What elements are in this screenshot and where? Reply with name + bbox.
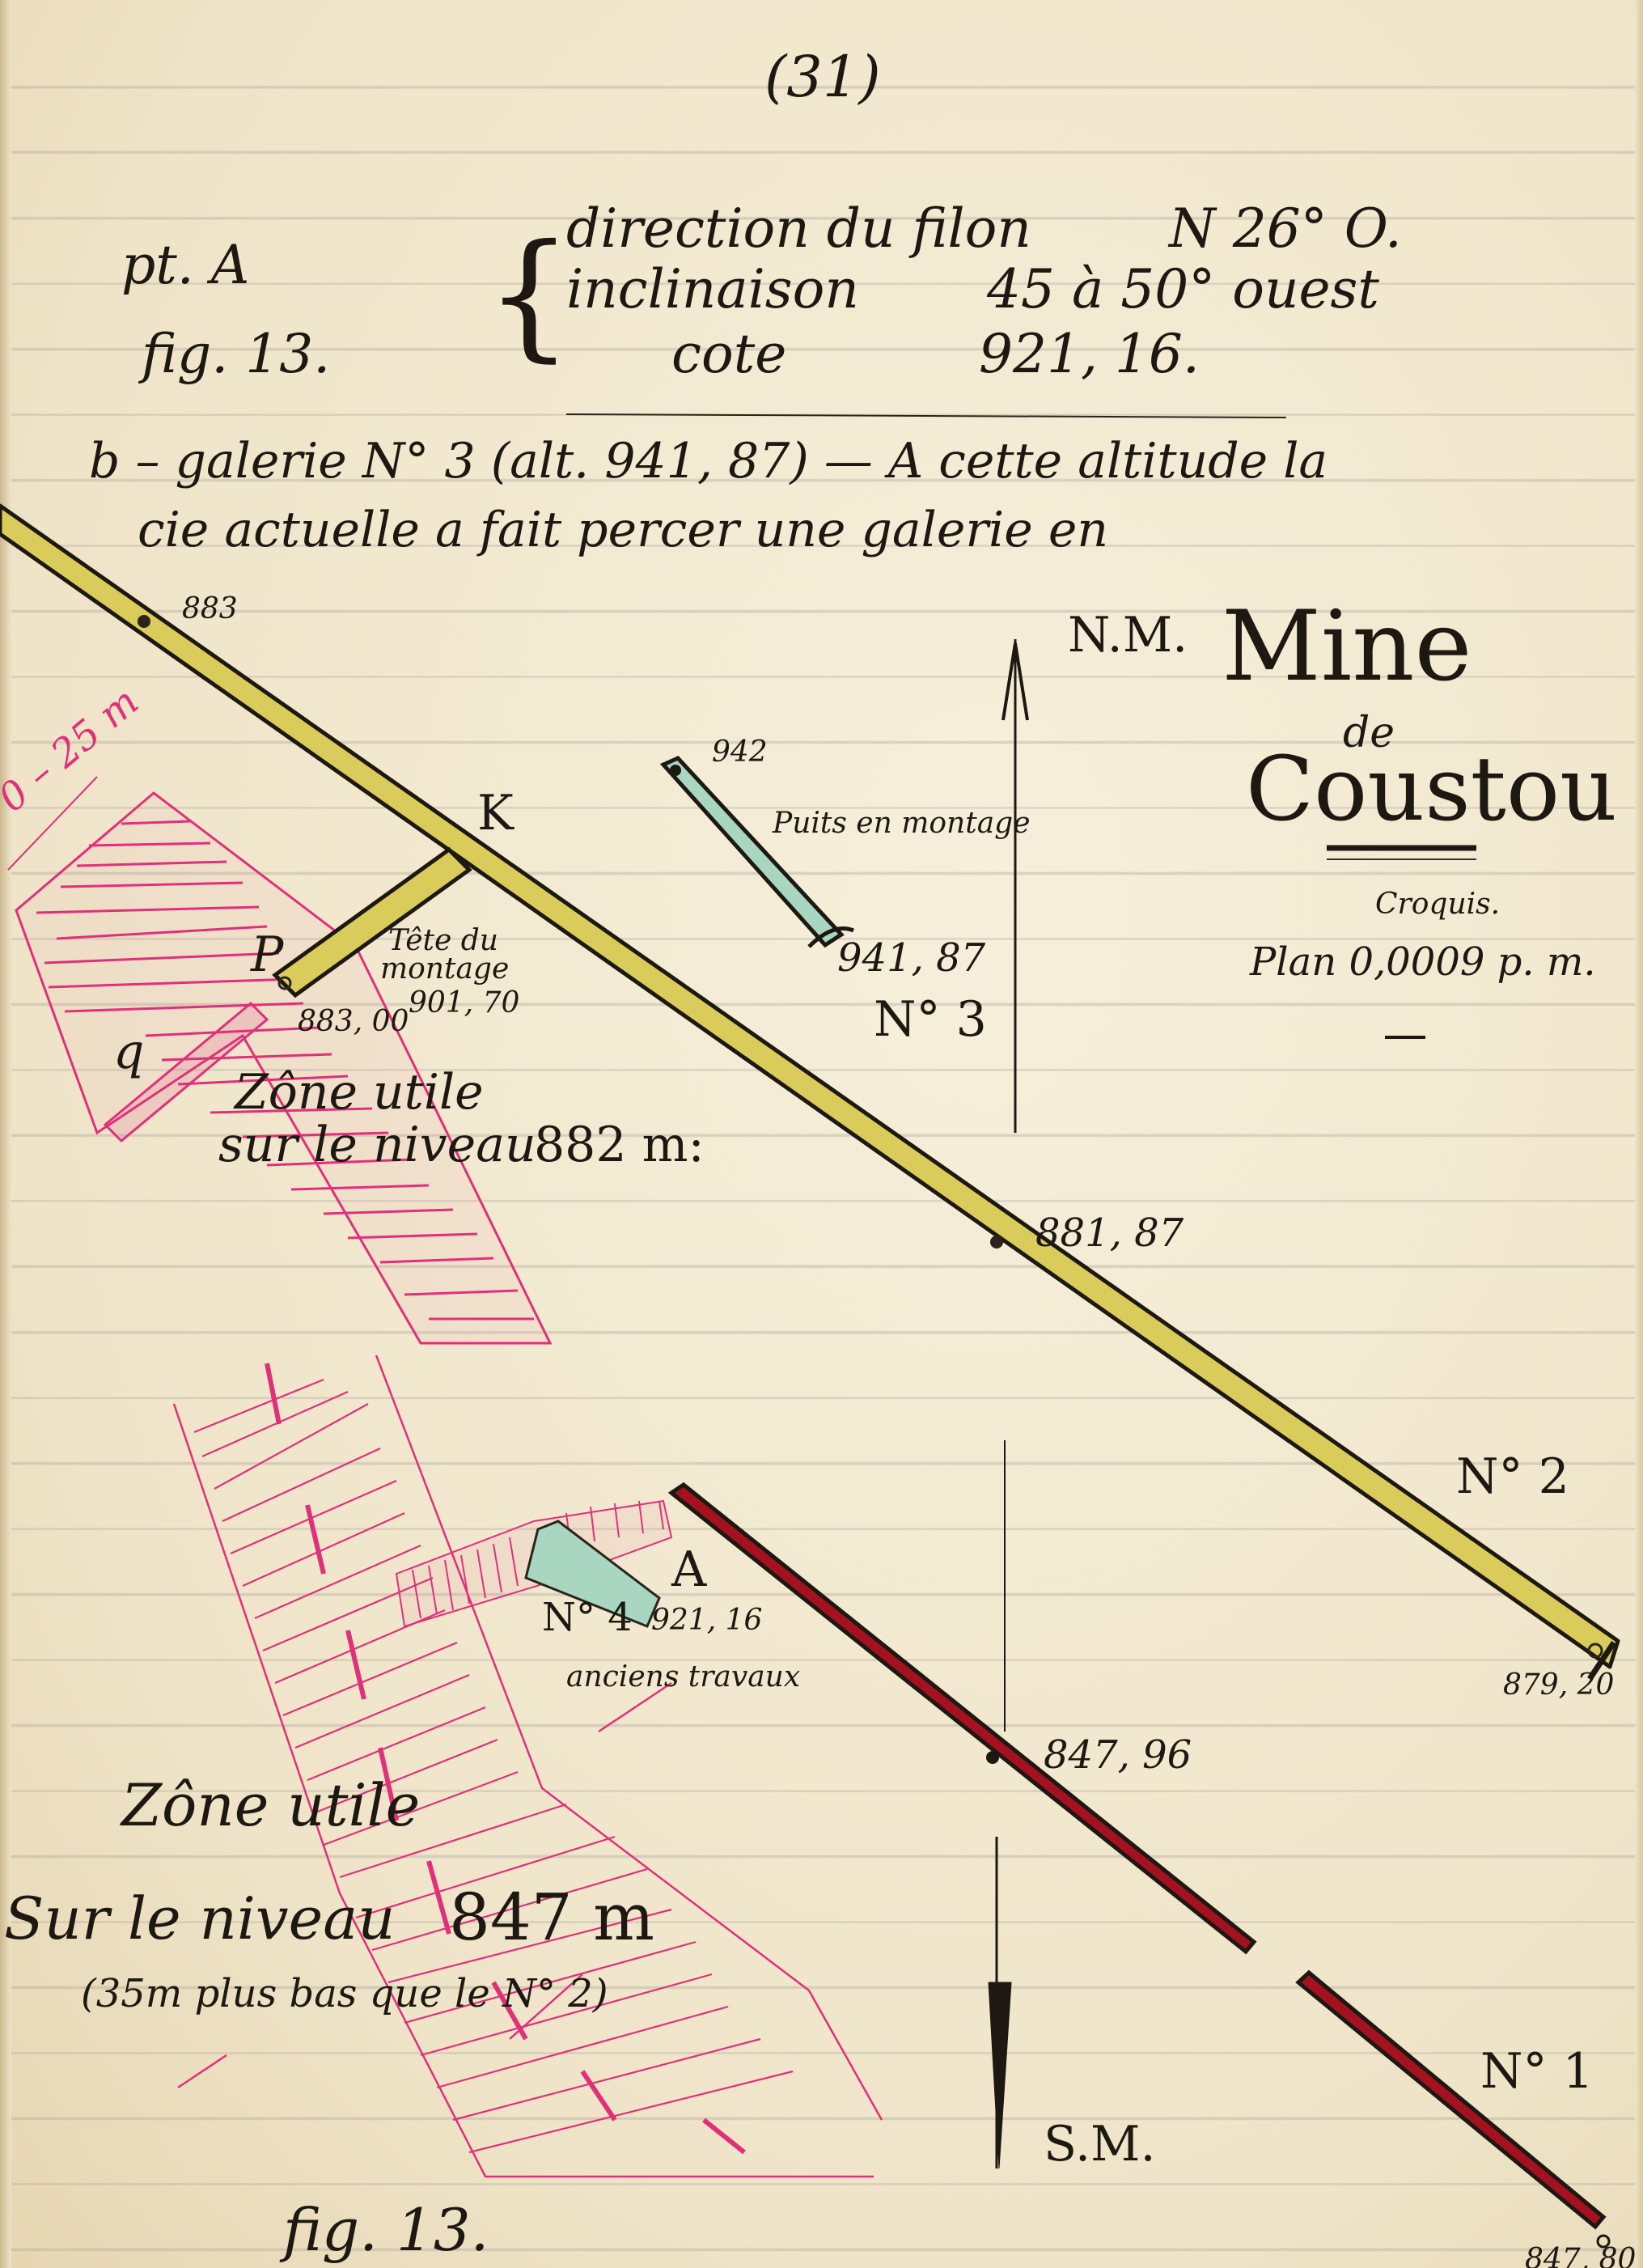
map-subtitle: Croquis.: [1375, 890, 1500, 919]
elevation-883-00: 883, 00: [298, 1007, 409, 1036]
upper-zone-level: 882 m:: [534, 1121, 705, 1169]
paragraph-line-1: b – galerie N° 3 (alt. 941, 87) — A cett…: [89, 437, 1328, 485]
elevation-883: 883: [182, 595, 238, 624]
upper-zone-line-2: sur le niveau: [218, 1121, 536, 1169]
header-elevation-value: 921, 16.: [979, 328, 1200, 381]
header-figure-label: fig. 13.: [142, 328, 330, 381]
point-p-label: P: [251, 931, 283, 979]
south-label: S.M.: [1044, 2120, 1156, 2168]
header-point-label: pt. A: [121, 239, 249, 292]
header-inclination-value: 45 à 50° ouest: [987, 263, 1379, 316]
north-label: N.M.: [1068, 611, 1188, 659]
lower-zone-line-1: Zône utile: [121, 1776, 420, 1834]
gallery-no3-label: N° 3: [874, 995, 987, 1044]
lower-zone-level: 847 m: [449, 1885, 654, 1950]
gallery-no3-shaft: [663, 758, 853, 947]
page-number: (31): [764, 49, 881, 105]
meridian-line: [989, 639, 1027, 2168]
elevation-847-96: 847, 96: [1044, 1736, 1192, 1774]
lower-zone-line-2: Sur le niveau: [4, 1889, 396, 1948]
elevation-881-87: 881, 87: [1035, 1214, 1184, 1253]
header-elevation-label: cote: [671, 328, 786, 381]
paragraph-line-2: cie actuelle a fait percer une galerie e…: [138, 506, 1108, 554]
header-rule: [566, 414, 1286, 418]
gallery-no4-label: N° 4: [542, 1598, 633, 1637]
elevation-941-87: 941, 87: [837, 939, 985, 977]
raise-head-note-1: Tête du: [388, 926, 498, 956]
header-direction-value: N 26° O.: [1169, 202, 1402, 256]
header-brace: {: [485, 227, 573, 364]
old-works-note: anciens travaux: [566, 1663, 800, 1692]
point-a-label: A: [671, 1545, 706, 1594]
elevation-942: 942: [712, 738, 768, 767]
lower-useful-zone: [174, 1355, 882, 2177]
point-k-label: K: [477, 789, 514, 837]
upper-zone-line-1: Zône utile: [235, 1068, 484, 1117]
map-title-coustou: Coustou: [1246, 744, 1617, 833]
map-scale: Plan 0,0009 p. m.: [1250, 943, 1596, 981]
map-title-mine: Mine: [1222, 599, 1472, 696]
point-q-label: q: [113, 1028, 144, 1076]
figure-caption: fig. 13.: [283, 2201, 489, 2259]
lower-zone-note: (35m plus bas que le N° 2): [81, 1974, 608, 2013]
header-direction-label: direction du filon: [566, 202, 1031, 256]
raise-head-note-2: montage: [380, 955, 509, 984]
header-inclination-label: inclinaison: [566, 263, 859, 316]
elevation-921-16: 921, 16: [651, 1606, 762, 1635]
gallery-no1-label: N° 1: [1480, 2047, 1594, 2096]
elevation-879-20: 879, 20: [1503, 1671, 1614, 1700]
shaft-note: Puits en montage: [773, 809, 1031, 838]
raise-head-elevation: 901, 70: [409, 989, 519, 1018]
gallery-no2-label: N° 2: [1456, 1452, 1569, 1501]
elevation-847-80: 847, 80: [1525, 2245, 1636, 2268]
